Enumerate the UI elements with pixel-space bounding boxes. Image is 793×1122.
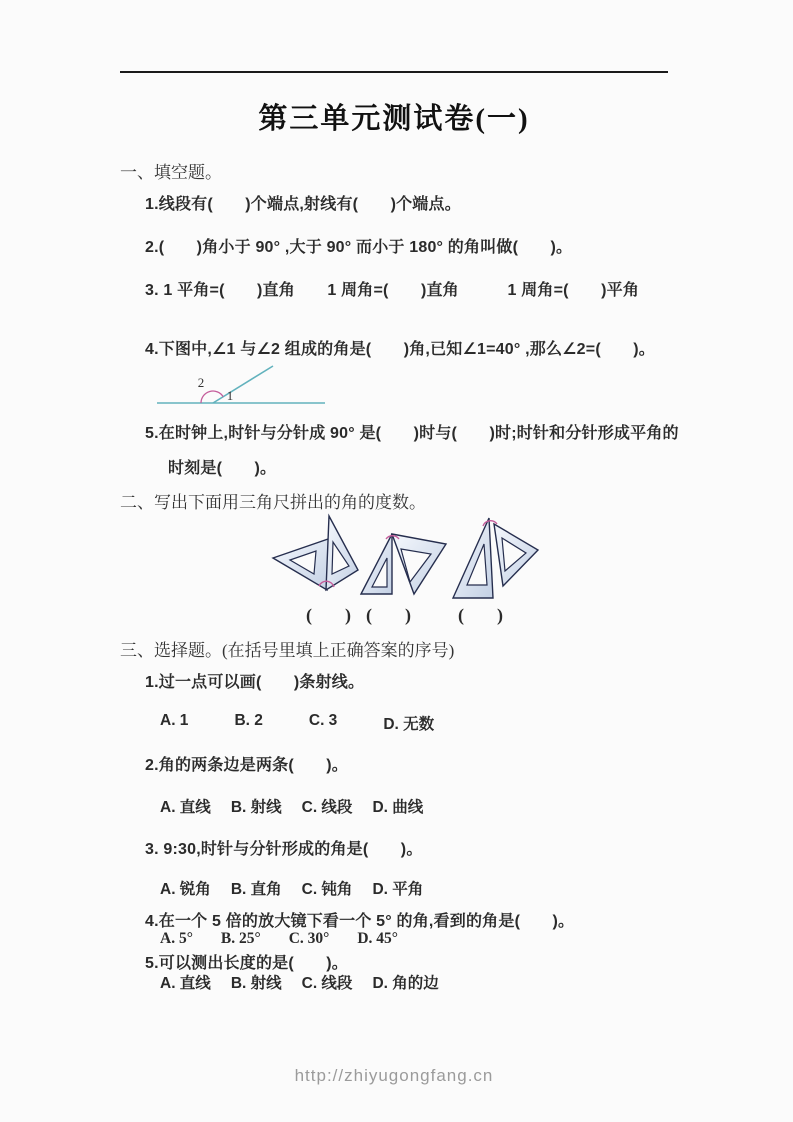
fill-question-2: 2.( )角小于 90° ,大于 90° 而小于 180° 的角叫做( )。 <box>145 234 572 257</box>
angle-figure: 2 1 <box>153 359 328 409</box>
option-c: C. 钝角 <box>302 877 353 899</box>
option-c: C. 3 <box>309 712 337 734</box>
option-c: C. 线段 <box>302 795 353 817</box>
choice-question-4-stem: 4.在一个 5 倍的放大镜下看一个 5° 的角,看到的角是( )。 <box>145 908 574 931</box>
angle-ray <box>213 366 273 403</box>
fill-question-1: 1.线段有( )个端点,射线有( )个端点。 <box>145 191 461 214</box>
option-b: B. 2 <box>234 712 262 734</box>
page-title: 第三单元测试卷(一) <box>120 96 668 137</box>
setsquare-answer-blank-3: ( ) <box>458 601 502 627</box>
option-b: B. 射线 <box>231 971 282 993</box>
option-b: B. 直角 <box>231 877 282 899</box>
choice-question-5-options: A. 直线 B. 射线 C. 线段 D. 角的边 <box>160 971 439 993</box>
header-rule <box>120 71 668 73</box>
fill-question-5-line2: 时刻是( )。 <box>168 455 276 478</box>
set-square-pair-figure-2 <box>358 521 450 603</box>
option-a: A. 直线 <box>160 971 211 993</box>
set-square-large <box>453 518 493 598</box>
option-b: B. 25° <box>221 930 261 948</box>
section-choice-heading: 三、选择题。(在括号里填上正确答案的序号) <box>120 636 454 661</box>
option-c: C. 线段 <box>302 971 353 993</box>
angle-label-1: 1 <box>227 388 234 403</box>
choice-question-5-stem: 5.可以测出长度的是( )。 <box>145 950 348 973</box>
set-square-pair-figure-1 <box>269 512 364 604</box>
choice-question-4-options: A. 5° B. 25° C. 30° D. 45° <box>160 930 398 948</box>
angle-arc <box>201 391 223 403</box>
setsquare-answer-blank-2: ( ) <box>366 601 410 627</box>
option-c: C. 30° <box>289 930 330 948</box>
option-d: D. 曲线 <box>372 795 423 817</box>
option-d: D. 平角 <box>372 877 423 899</box>
section-fill-heading: 一、填空题。 <box>120 158 222 183</box>
set-square-pair-figure-3 <box>447 512 542 604</box>
option-a: A. 直线 <box>160 795 211 817</box>
option-b: B. 射线 <box>231 795 282 817</box>
option-d: D. 角的边 <box>372 971 438 993</box>
footer-watermark-url: http://zhiyugongfang.cn <box>120 1066 668 1086</box>
choice-question-1-options: A. 1 B. 2 C. 3 D. 无数 <box>160 712 434 734</box>
choice-question-1-stem: 1.过一点可以画( )条射线。 <box>145 669 364 692</box>
choice-question-3-options: A. 锐角 B. 直角 C. 钝角 D. 平角 <box>160 877 423 899</box>
section-setsquare-heading: 二、写出下面用三角尺拼出的角的度数。 <box>120 488 426 513</box>
choice-question-2-stem: 2.角的两条边是两条( )。 <box>145 752 348 775</box>
angle-label-2: 2 <box>198 375 205 390</box>
option-a: A. 锐角 <box>160 877 211 899</box>
option-a: A. 1 <box>160 712 188 734</box>
fill-question-3: 3. 1 平角=( )直角 1 周角=( )直角 1 周角=( )平角 <box>145 277 639 300</box>
option-a: A. 5° <box>160 930 193 948</box>
choice-question-2-options: A. 直线 B. 射线 C. 线段 D. 曲线 <box>160 795 423 817</box>
fill-question-5-line1: 5.在时钟上,时针与分针成 90° 是( )时与( )时;时针和分针形成平角的 <box>145 420 679 443</box>
set-square-large <box>326 516 358 590</box>
test-paper-page: 第三单元测试卷(一) 一、填空题。 1.线段有( )个端点,射线有( )个端点。… <box>0 0 793 1122</box>
fill-question-4: 4.下图中,∠1 与∠2 组成的角是( )角,已知∠1=40° ,那么∠2=( … <box>145 336 655 359</box>
setsquare-answer-blank-1: ( ) <box>306 601 350 627</box>
option-d: D. 45° <box>357 930 398 948</box>
option-d: D. 无数 <box>383 712 434 734</box>
choice-question-3-stem: 3. 9:30,时针与分针形成的角是( )。 <box>145 836 423 859</box>
